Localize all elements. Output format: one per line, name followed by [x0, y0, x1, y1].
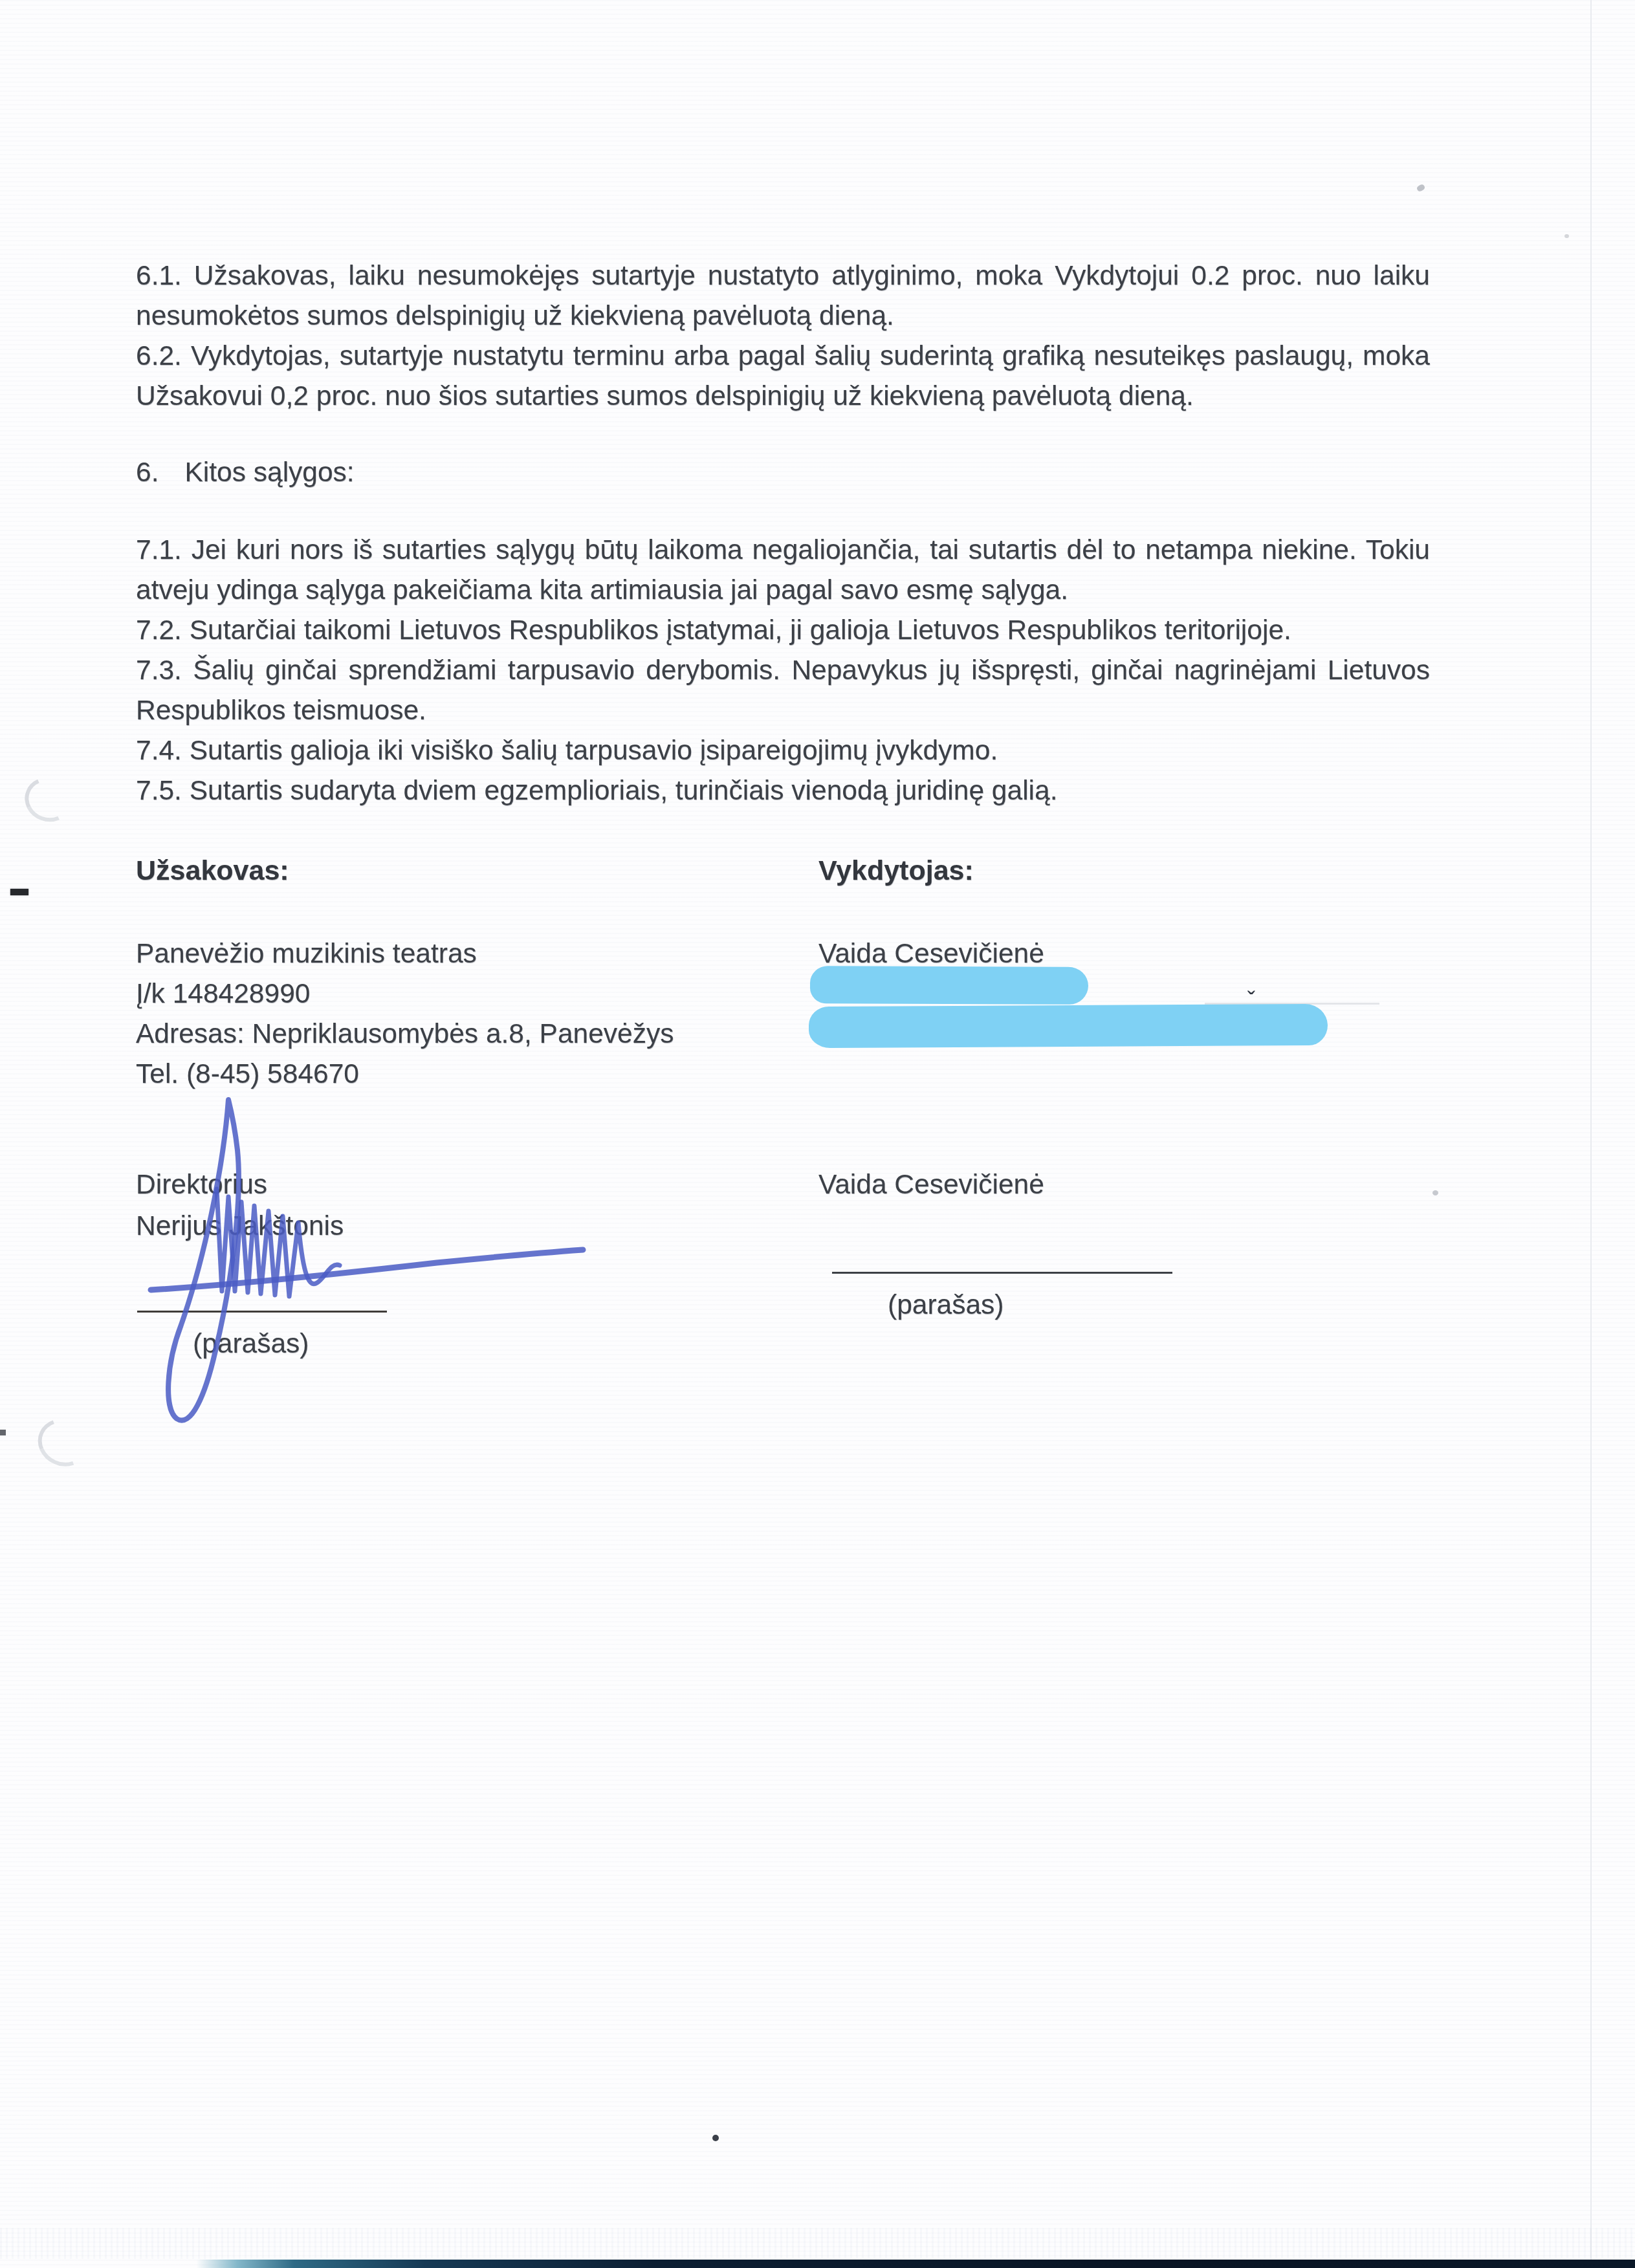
redaction-bar-2 — [809, 1004, 1328, 1048]
gray-speck-artifact-1 — [1432, 1190, 1438, 1195]
clause-6-1: 6.1. Užsakovas, laiku nesumokėjęs sutart… — [136, 256, 1430, 336]
contract-body: 6.1. Užsakovas, laiku nesumokėjęs sutart… — [136, 256, 1430, 811]
clause-7-5: 7.5. Sutartis sudaryta dviem egzempliori… — [136, 771, 1430, 811]
scan-bottom-edge-band — [0, 2260, 1635, 2268]
section-6-heading: 6.Kitos sąlygos: — [136, 453, 1430, 493]
scan-crescent-artifact-1 — [19, 770, 79, 828]
clause-6-2: 6.2. Vykdytojas, sutartyje nustatytu ter… — [136, 336, 1430, 417]
section-7-clauses: 7.1. Jei kuri nors iš sutarties sąlygų b… — [136, 530, 1430, 811]
contractor-signature-caption: (parašas) — [888, 1290, 1004, 1321]
clause-7-1: 7.1. Jei kuri nors iš sutarties sąlygų b… — [136, 530, 1430, 611]
scan-noise-strip — [0, 2228, 1635, 2259]
clause-7-2: 7.2. Sutarčiai taikomi Lietuvos Respubli… — [136, 611, 1430, 651]
client-phone: Tel. (8-45) 584670 — [136, 1054, 674, 1095]
section-6-number: 6. — [136, 457, 159, 488]
ink-dot-artifact — [712, 2135, 719, 2141]
contractor-heading: Vykdytojas: — [818, 855, 974, 887]
left-edge-mark — [10, 889, 28, 895]
client-name: Panevėžio muzikinis teatras — [136, 934, 674, 974]
scan-crescent-artifact-2 — [30, 1411, 96, 1474]
scanned-contract-page: 6.1. Užsakovas, laiku nesumokėjęs sutart… — [0, 0, 1635, 2268]
left-edge-speck — [0, 1430, 6, 1435]
scanner-edge-line — [1590, 0, 1592, 2268]
gray-speck-artifact-2 — [1416, 184, 1426, 193]
contractor-signature-line — [832, 1272, 1172, 1274]
redaction-bar-1 — [810, 966, 1088, 1005]
contractor-signer-name: Vaida Cesevičienė — [818, 1164, 1044, 1206]
handwritten-signature-ink — [126, 1092, 605, 1435]
client-address: Adresas: Nepriklausomybės a.8, Panevėžys — [136, 1014, 674, 1054]
clause-7-4: 7.4. Sutartis galioja iki visiško šalių … — [136, 731, 1430, 771]
clause-7-3: 7.3. Šalių ginčai sprendžiami tarpusavio… — [136, 651, 1430, 731]
client-heading: Užsakovas: — [136, 855, 289, 887]
client-details: Panevėžio muzikinis teatras Į/k 14842899… — [136, 934, 674, 1095]
client-company-code: Į/k 148428990 — [136, 974, 674, 1014]
section-6-label: Kitos sąlygos: — [184, 457, 354, 488]
gray-speck-artifact-3 — [1564, 234, 1569, 238]
